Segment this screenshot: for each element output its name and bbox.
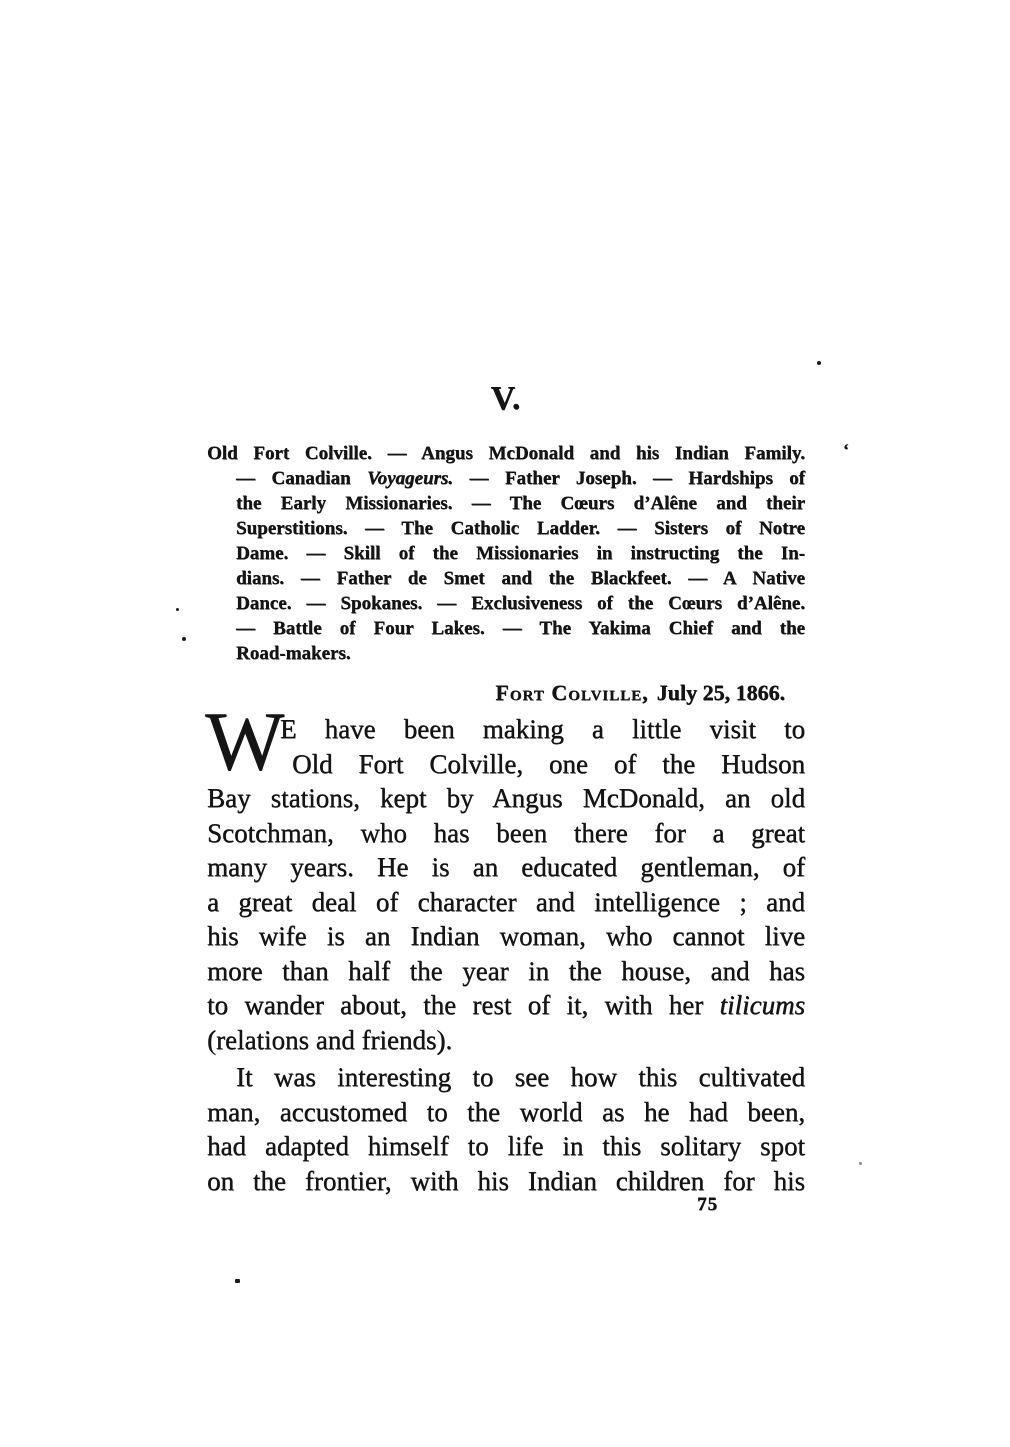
dateline-date: July 25, 1866.: [657, 680, 785, 705]
summary-line: — Canadian Voyageurs. — Father Joseph. —…: [207, 466, 805, 491]
body-line: had adapted himself to life in this soli…: [207, 1129, 805, 1164]
paragraph-1: E have been making a little visit to Old…: [207, 712, 805, 1057]
body-text: to wander about, the rest of it, with he…: [207, 990, 720, 1020]
dateline: Fort Colville,July 25, 1866.: [207, 680, 805, 706]
chapter-summary: Old Fort Colville. — Angus McDonald and …: [207, 441, 805, 666]
book-page: V. Old Fort Colville. — Angus McDonald a…: [0, 0, 1010, 1447]
print-speck: [817, 361, 821, 365]
page-number: 75: [697, 1194, 718, 1216]
summary-line: Superstitions. — The Catholic Ladder. — …: [207, 516, 805, 541]
body-line: more than half the year in the house, an…: [207, 954, 805, 989]
body-line: a great deal of character and intelligen…: [207, 885, 805, 920]
print-speck: [176, 608, 179, 611]
summary-line: Old Fort Colville. — Angus McDonald and …: [207, 441, 805, 466]
print-speck: [859, 1162, 862, 1165]
dateline-place: Fort Colville,: [495, 680, 648, 705]
summary-line: — Battle of Four Lakes. — The Yakima Chi…: [207, 616, 805, 641]
summary-text: — Canadian: [236, 468, 367, 489]
body-line: It was interesting to see how this culti…: [207, 1060, 805, 1095]
body-line: his wife is an Indian woman, who cannot …: [207, 919, 805, 954]
body-line: E have been making a little visit to: [207, 712, 805, 747]
body-line: Scotchman, who has been there for a grea…: [207, 816, 805, 851]
paragraph-2: It was interesting to see how this culti…: [207, 1060, 805, 1198]
body-line: man, accustomed to the world as he had b…: [207, 1095, 805, 1130]
body-line: Bay stations, kept by Angus McDonald, an…: [207, 781, 805, 816]
summary-line: Road-makers.: [207, 641, 805, 666]
body-line: (relations and friends).: [207, 1023, 805, 1058]
body-italic-text: tilicums: [720, 990, 806, 1020]
body-line: many years. He is an educated gentleman,…: [207, 850, 805, 885]
summary-line: Dame. — Skill of the Missionaries in ins…: [207, 541, 805, 566]
summary-text: — Father Joseph. — Hardships of: [453, 468, 805, 489]
summary-line: the Early Missionaries. — The Cœurs d’Al…: [207, 491, 805, 516]
body-line: on the frontier, with his Indian childre…: [207, 1164, 805, 1199]
body-line: Old Fort Colville, one of the Hudson: [207, 747, 805, 782]
summary-line: Dance. — Spokanes. — Exclusiveness of th…: [207, 591, 805, 616]
print-speck: [182, 637, 186, 641]
summary-italic-text: Voyageurs.: [367, 468, 453, 489]
print-artifact-quote: ‘: [843, 440, 849, 460]
print-speck: [235, 1279, 240, 1283]
chapter-heading: V.: [207, 380, 805, 418]
summary-line: dians. — Father de Smet and the Blackfee…: [207, 566, 805, 591]
body-line: to wander about, the rest of it, with he…: [207, 988, 805, 1023]
